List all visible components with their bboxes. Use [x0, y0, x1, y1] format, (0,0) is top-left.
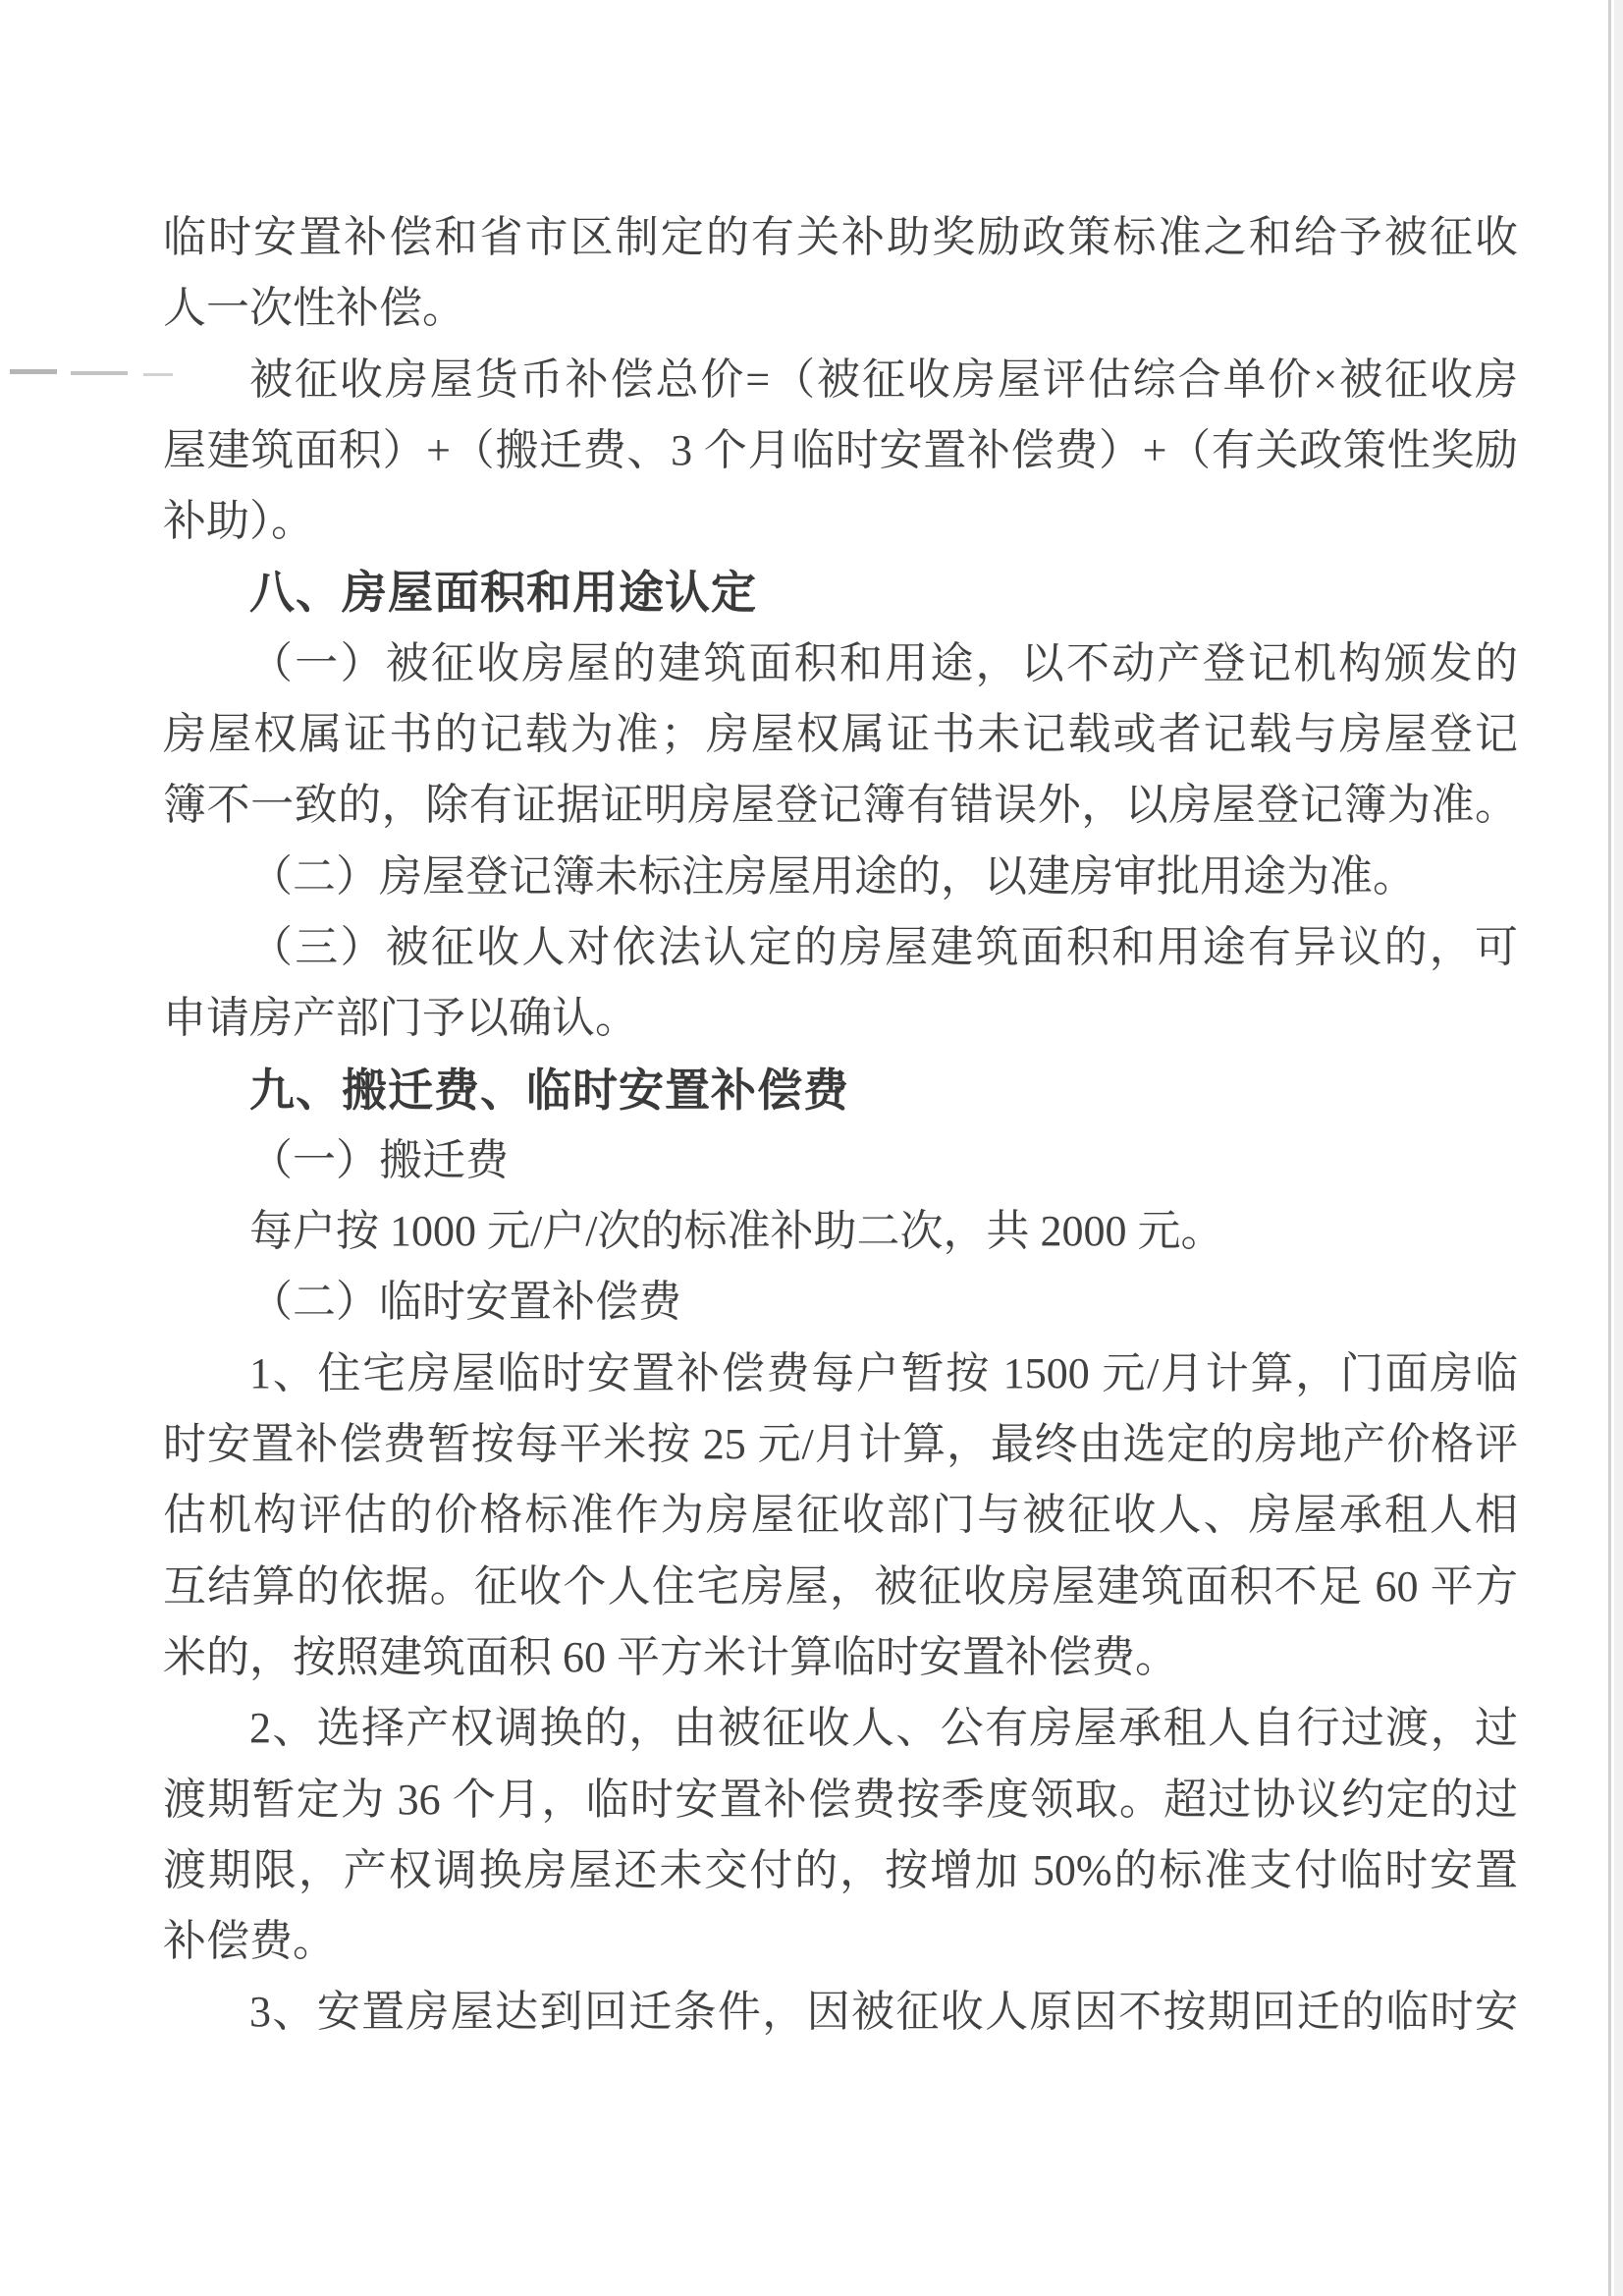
scanned-document-page: 临时安置补偿和省市区制定的有关补助奖励政策标准之和给予被征收人一次性补偿。被征收… — [0, 0, 1623, 2296]
text-line: 被征收房屋货币补偿总价=（被征收房屋评估综合单价×被征收房 — [163, 345, 1518, 415]
section-heading: 九、搬迁费、临时安置补偿费 — [163, 1055, 1518, 1125]
text-line: 1、住宅房屋临时安置补偿费每户暂按 1500 元/月计算，门面房临 — [163, 1339, 1518, 1409]
text-line: （一）被征收房屋的建筑面积和用途，以不动产登记机构颁发的 — [163, 629, 1518, 699]
text-line: 渡期限，产权调换房屋还未交付的，按增加 50%的标准支付临时安置 — [163, 1835, 1518, 1906]
text-line: 补偿费。 — [163, 1906, 1518, 1977]
text-line: 每户按 1000 元/户/次的标准补助二次，共 2000 元。 — [163, 1196, 1518, 1267]
text-line: 渡期暂定为 36 个月，临时安置补偿费按季度领取。超过协议约定的过 — [163, 1765, 1518, 1835]
text-line: 申请房产部门予以确认。 — [163, 983, 1518, 1054]
scan-artifact-dash — [71, 371, 128, 375]
text-line: （三）被征收人对依法认定的房屋建筑面积和用途有异议的，可 — [163, 912, 1518, 983]
document-text-block: 临时安置补偿和省市区制定的有关补助奖励政策标准之和给予被征收人一次性补偿。被征收… — [163, 202, 1518, 2049]
text-line: （一）搬迁费 — [163, 1125, 1518, 1196]
text-line: 米的，按照建筑面积 60 平方米计算临时安置补偿费。 — [163, 1622, 1518, 1693]
text-line: （二）房屋登记簿未标注房屋用途的，以建房审批用途为准。 — [163, 842, 1518, 912]
section-heading: 八、房屋面积和用途认定 — [163, 557, 1518, 628]
text-line: 互结算的依据。征收个人住宅房屋，被征收房屋建筑面积不足 60 平方 — [163, 1552, 1518, 1622]
scan-artifact-dash — [143, 373, 173, 376]
text-line: 房屋权属证书的记载为准；房屋权属证书未记载或者记载与房屋登记 — [163, 699, 1518, 770]
text-line: 2、选择产权调换的，由被征收人、公有房屋承租人自行过渡，过 — [163, 1693, 1518, 1764]
text-line: 补助）。 — [163, 486, 1518, 557]
text-line: 屋建筑面积）+（搬迁费、3 个月临时安置补偿费）+（有关政策性奖励 — [163, 415, 1518, 486]
text-line: 时安置补偿费暂按每平米按 25 元/月计算，最终由选定的房地产价格评 — [163, 1409, 1518, 1480]
text-line: 人一次性补偿。 — [163, 273, 1518, 344]
scan-artifact-dash — [10, 369, 57, 374]
text-line: （二）临时安置补偿费 — [163, 1267, 1518, 1338]
page-edge-scan-line — [1608, 0, 1611, 2296]
text-line: 簿不一致的，除有证据证明房屋登记簿有错误外，以房屋登记簿为准。 — [163, 770, 1518, 841]
text-line: 临时安置补偿和省市区制定的有关补助奖励政策标准之和给予被征收 — [163, 202, 1518, 273]
text-line: 估机构评估的价格标准作为房屋征收部门与被征收人、房屋承租人相 — [163, 1480, 1518, 1551]
page-edge-scan-shadow — [1614, 0, 1623, 2296]
text-line: 3、安置房屋达到回迁条件，因被征收人原因不按期回迁的临时安 — [163, 1977, 1518, 2048]
